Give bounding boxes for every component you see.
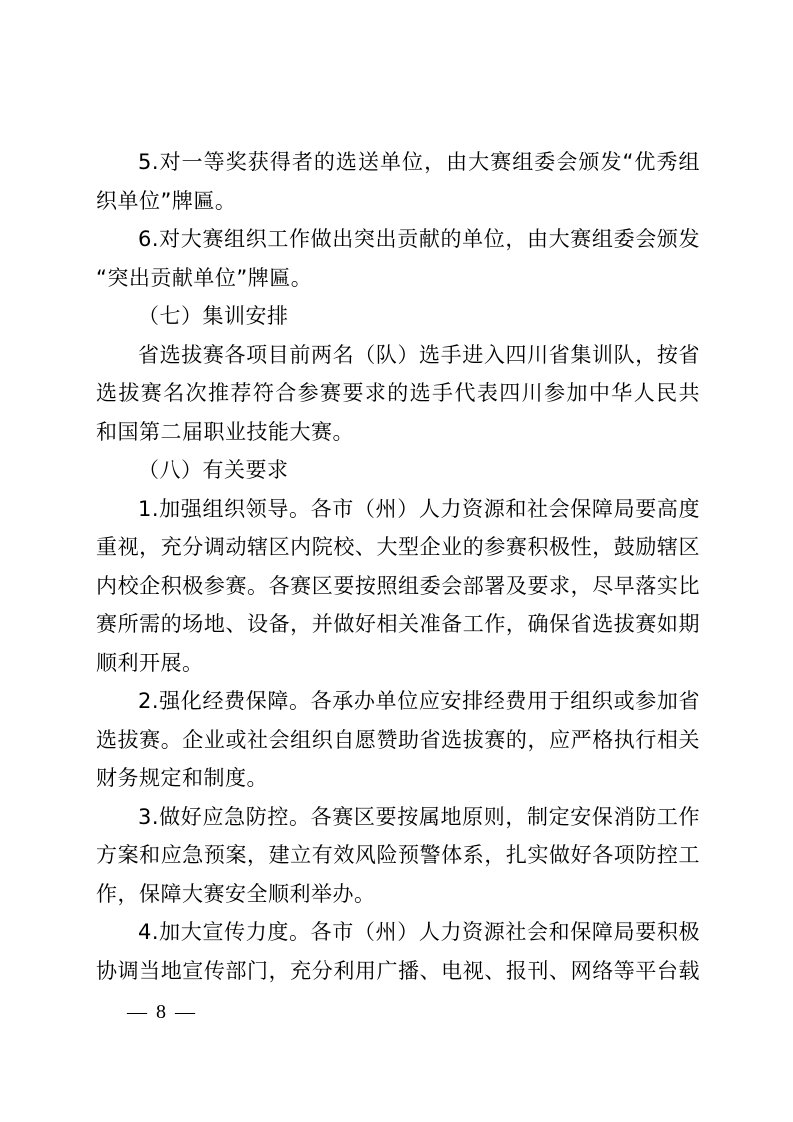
text-line: 6.对大赛组织工作做出突出贡献的单位，由大赛组委会颁发 [96, 220, 700, 259]
text-line: 和国第二届职业技能大赛。 [96, 413, 700, 452]
paragraph-item-6: 6.对大赛组织工作做出突出贡献的单位，由大赛组委会颁发 “突出贡献单位”牌匾。 [96, 220, 700, 297]
paragraph-item-4: 4.加大宣传力度。各市（州）人力资源社会和保障局要积极 协调当地宣传部门，充分利… [96, 913, 700, 990]
paragraph-item-2: 2.强化经费保障。各承办单位应安排经费用于组织或参加省 选拔赛。企业或社会组织自… [96, 682, 700, 798]
text-line: 2.强化经费保障。各承办单位应安排经费用于组织或参加省 [96, 682, 700, 721]
text-line: “突出贡献单位”牌匾。 [96, 259, 700, 298]
paragraph-item-1: 1.加强组织领导。各市（州）人力资源和社会保障局要高度 重视，充分调动辖区内院校… [96, 490, 700, 683]
paragraph-item-3: 3.做好应急防控。各赛区要按属地原则，制定安保消防工作 方案和应急预案，建立有效… [96, 798, 700, 914]
text-line: 4.加大宣传力度。各市（州）人力资源社会和保障局要积极 [96, 913, 700, 952]
text-line: 赛所需的场地、设备，并做好相关准备工作，确保省选拔赛如期 [96, 605, 700, 644]
section-heading-8: （八）有关要求 [96, 451, 700, 490]
section-heading-7: （七）集训安排 [96, 297, 700, 336]
text-line: 作，保障大赛安全顺利举办。 [96, 875, 700, 914]
heading-line: （八）有关要求 [96, 451, 700, 490]
text-line: 省选拔赛各项目前两名（队）选手进入四川省集训队，按省 [96, 336, 700, 375]
text-line: 3.做好应急防控。各赛区要按属地原则，制定安保消防工作 [96, 798, 700, 837]
text-line: 协调当地宣传部门，充分利用广播、电视、报刊、网络等平台载 [96, 952, 700, 991]
document-body: 5.对一等奖获得者的选送单位，由大赛组委会颁发“优秀组 织单位”牌匾。 6.对大… [96, 143, 700, 990]
text-line: 选拔赛。企业或社会组织自愿赞助省选拔赛的，应严格执行相关 [96, 721, 700, 760]
text-line: 选拔赛名次推荐符合参赛要求的选手代表四川参加中华人民共 [96, 374, 700, 413]
page-number: — 8 — [127, 1001, 197, 1024]
text-line: 顺利开展。 [96, 644, 700, 683]
text-line: 5.对一等奖获得者的选送单位，由大赛组委会颁发“优秀组 [96, 143, 700, 182]
text-line: 1.加强组织领导。各市（州）人力资源和社会保障局要高度 [96, 490, 700, 529]
text-line: 方案和应急预案，建立有效风险预警体系，扎实做好各项防控工 [96, 836, 700, 875]
heading-line: （七）集训安排 [96, 297, 700, 336]
text-line: 内校企积极参赛。各赛区要按照组委会部署及要求，尽早落实比 [96, 567, 700, 606]
text-line: 重视，充分调动辖区内院校、大型企业的参赛积极性，鼓励辖区 [96, 528, 700, 567]
paragraph-item-5: 5.对一等奖获得者的选送单位，由大赛组委会颁发“优秀组 织单位”牌匾。 [96, 143, 700, 220]
document-page: 5.对一等奖获得者的选送单位，由大赛组委会颁发“优秀组 织单位”牌匾。 6.对大… [0, 0, 793, 1122]
paragraph-training: 省选拔赛各项目前两名（队）选手进入四川省集训队，按省 选拔赛名次推荐符合参赛要求… [96, 336, 700, 452]
text-line: 织单位”牌匾。 [96, 182, 700, 221]
text-line: 财务规定和制度。 [96, 759, 700, 798]
